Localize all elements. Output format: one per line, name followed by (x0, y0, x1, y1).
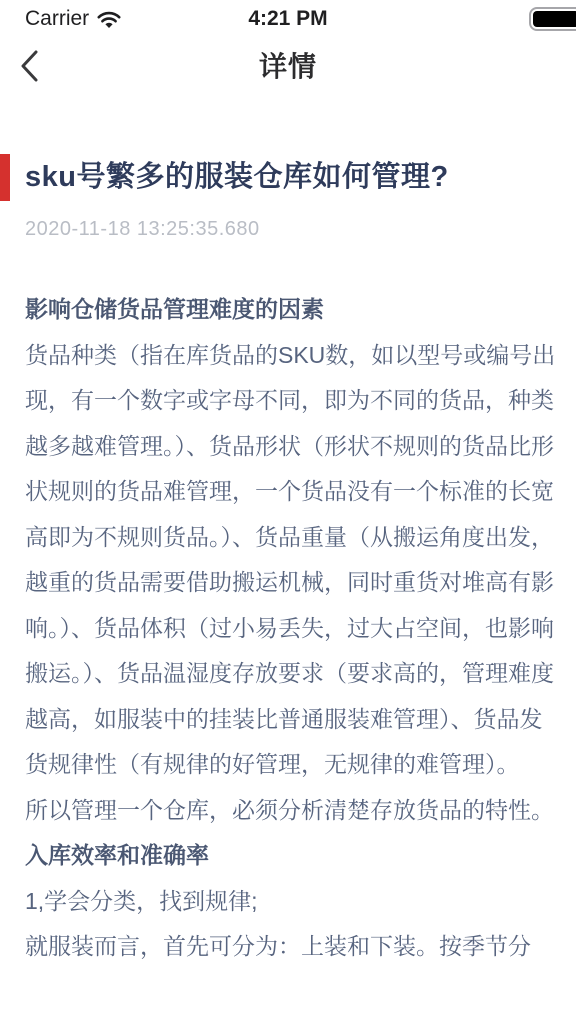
paragraph-conclusion: 所以管理一个仓库，必须分析清楚存放货品的特性。 (25, 788, 558, 834)
section-heading-inbound: 入库效率和准确率 (25, 833, 558, 879)
status-time: 4:21 PM (0, 7, 576, 31)
back-button[interactable] (20, 46, 60, 86)
paragraph-rule-1: 1,学会分类，找到规律; (25, 879, 558, 925)
app-screen: Carrier 4:21 PM 详情 sku号繁多的服装仓库如何管理? (0, 0, 576, 1024)
section-heading-factors: 影响仓储货品管理难度的因素 (25, 287, 558, 333)
chevron-left-icon (20, 49, 39, 83)
article-header: sku号繁多的服装仓库如何管理? (25, 153, 558, 201)
article-timestamp: 2020-11-18 13:25:35.680 (25, 218, 558, 241)
article-title: sku号繁多的服装仓库如何管理? (25, 153, 558, 201)
paragraph-factors-detail: 货品种类（指在库货品的SKU数，如以型号或编号出现，有一个数字或字母不同，即为不… (25, 333, 558, 788)
nav-bar: 详情 (0, 34, 576, 96)
battery-level (533, 11, 576, 27)
article-body: 影响仓储货品管理难度的因素 货品种类（指在库货品的SKU数，如以型号或编号出现，… (25, 287, 558, 970)
status-bar: Carrier 4:21 PM (0, 0, 576, 34)
page-title: 详情 (259, 45, 317, 85)
title-accent-bar (0, 154, 10, 201)
article-detail-scroll[interactable]: sku号繁多的服装仓库如何管理? 2020-11-18 13:25:35.680… (0, 153, 576, 970)
battery-icon (529, 7, 576, 31)
paragraph-clothing-classify: 就服装而言，首先可分为：上装和下装。按季节分 (25, 924, 558, 970)
